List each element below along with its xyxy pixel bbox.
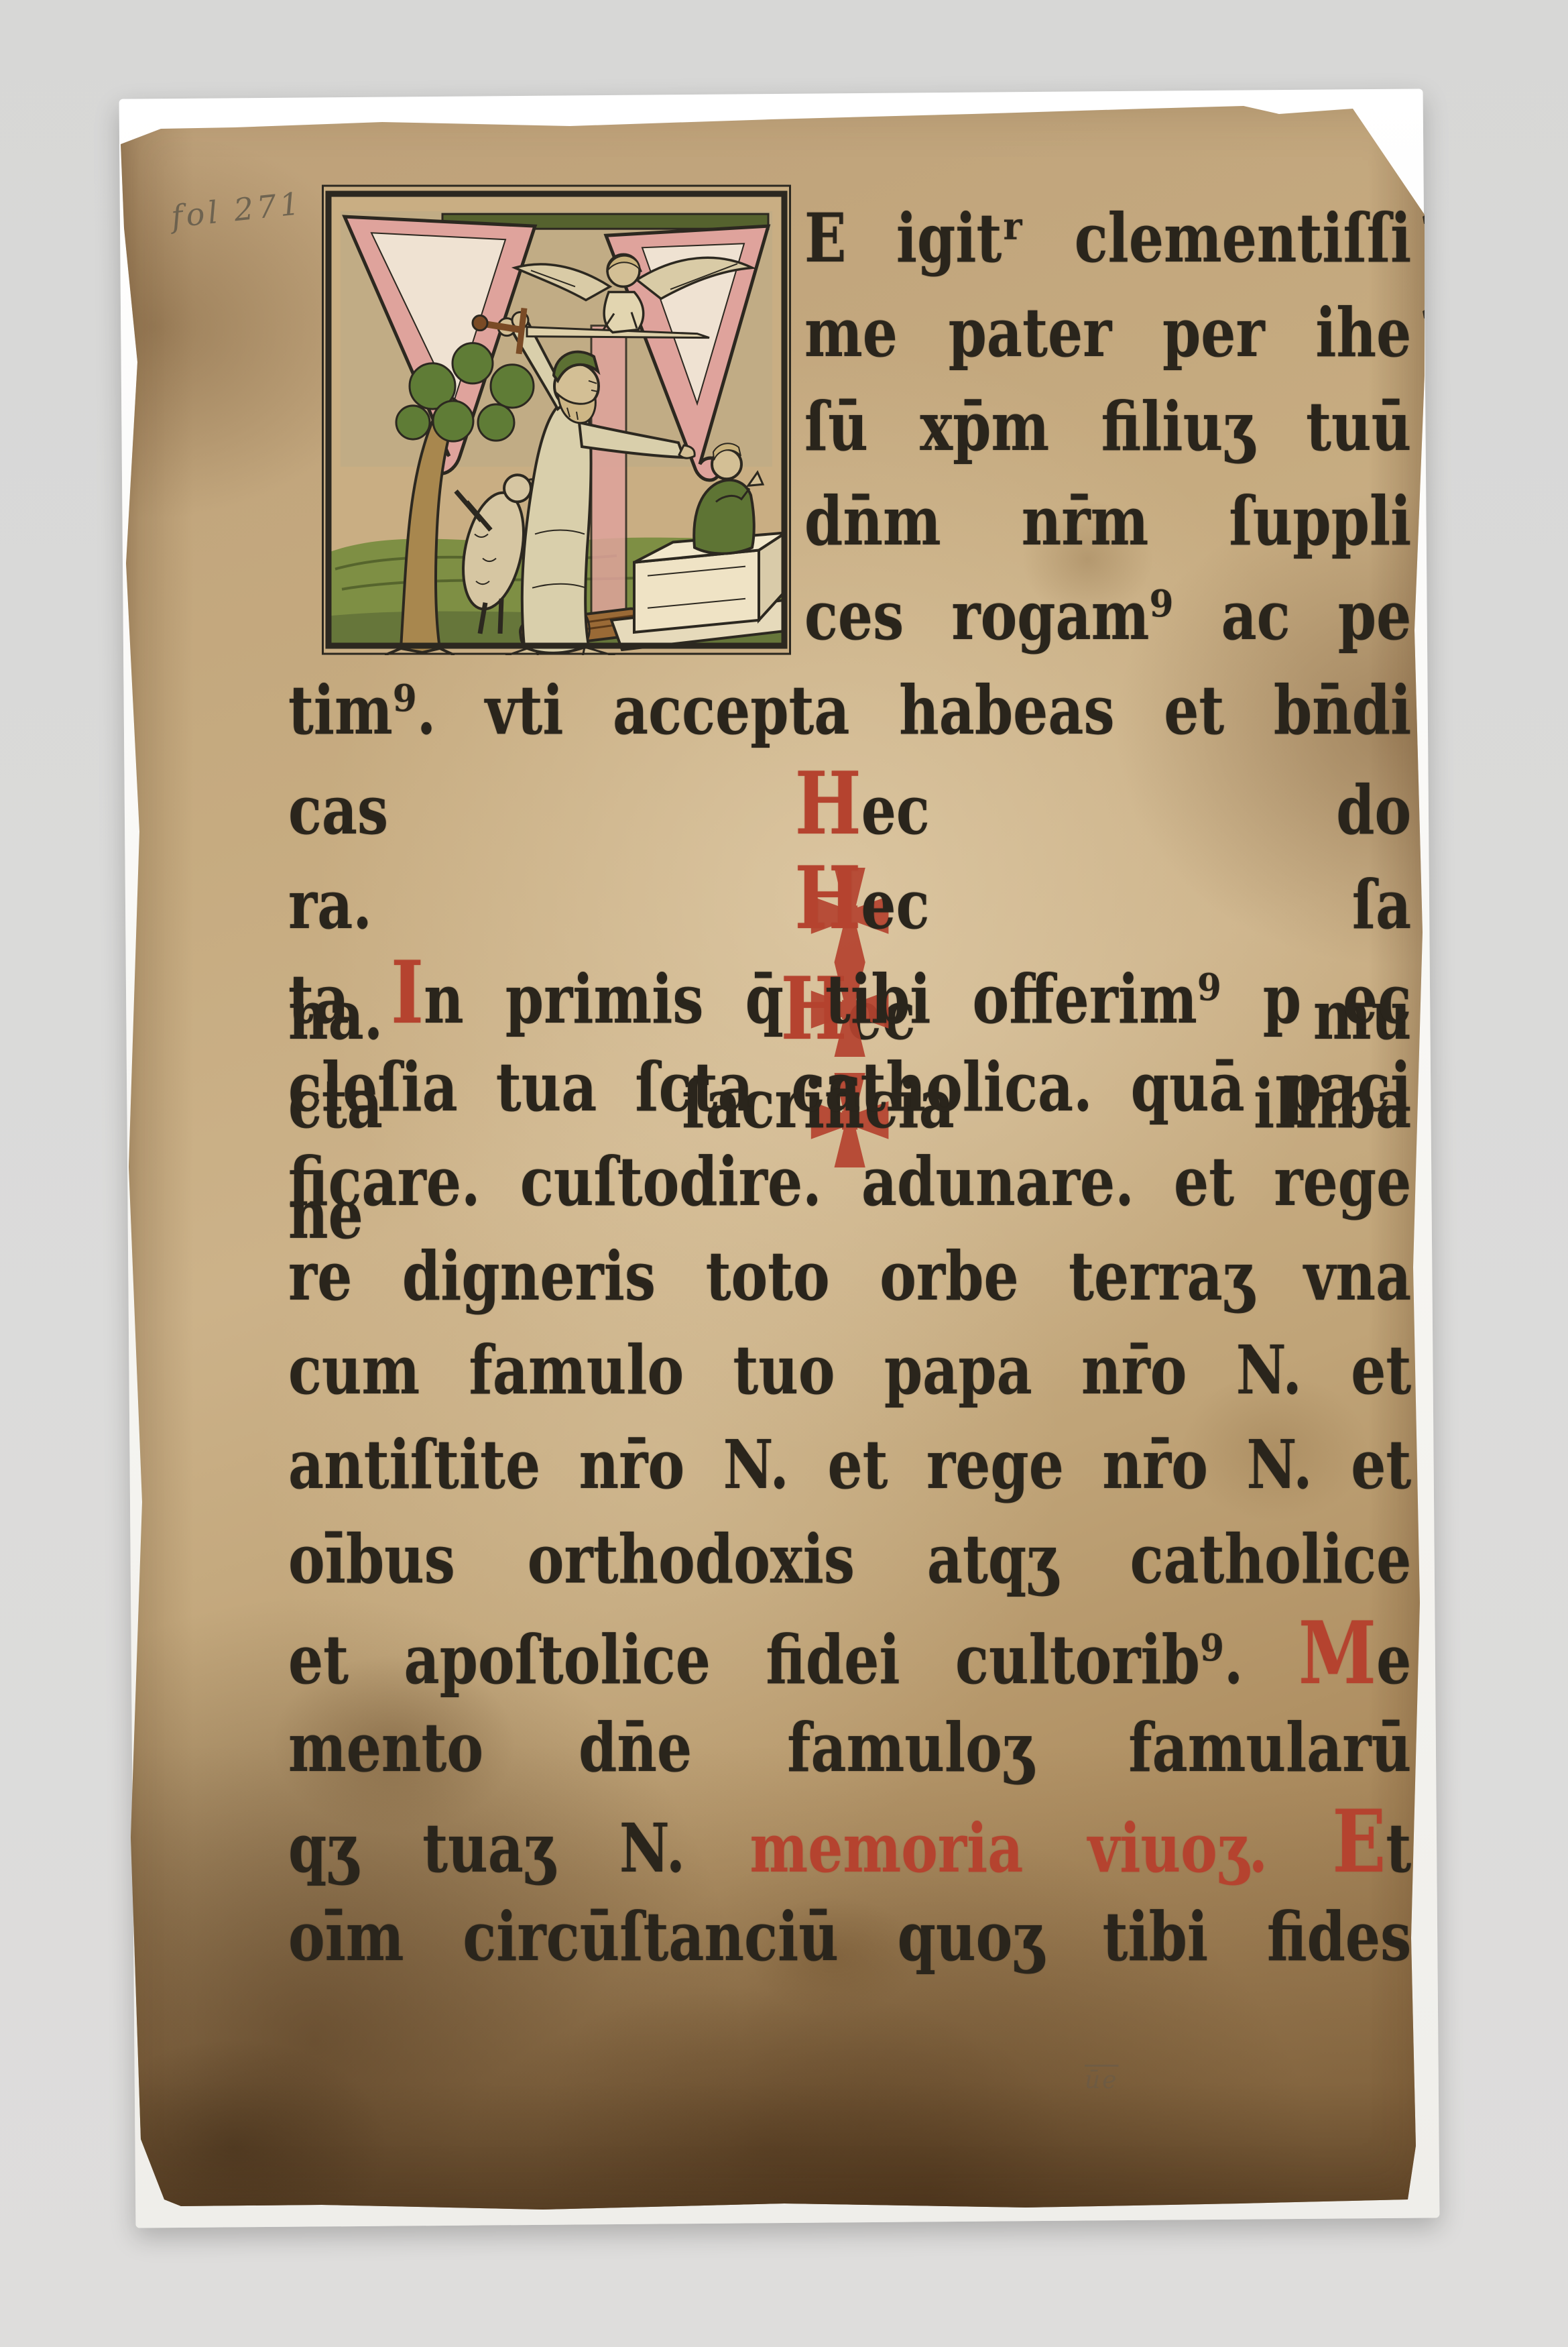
text-line: re digneris toto orbe terraʒ vna [288, 1229, 1411, 1324]
text-line: antiſtite nr̄o N. et rege nr̄o N. et [288, 1418, 1411, 1512]
line-end-double-hyphen [1423, 577, 1456, 632]
text-line: oībus orthodoxis atqʒ catholice [288, 1512, 1411, 1607]
text-line: dn̄m nr̄m ſuppli [804, 474, 1411, 569]
text-line: ra. Hec ſa cta ſacrificia illiba [288, 852, 1411, 946]
body-text: cleſia tua ſcta catholica. quā paci [288, 1047, 1411, 1127]
body-text: antiſtite nr̄o N. et rege nr̄o N. et [288, 1425, 1411, 1504]
photograph-of-missal-leaf: fol 271 [0, 0, 1568, 2347]
body-text: n primis q̄ tibi offerim⁹ p ec [424, 960, 1411, 1039]
body-text: ec ſa [861, 865, 1411, 944]
canon-text-block: E igitʳ clementiſſime pater per iheſū xp… [101, 94, 1435, 2210]
rubric-initial: I [391, 943, 424, 1043]
body-text: ficare. cuſtodire. adunare. et rege [288, 1142, 1411, 1221]
text-line: E igitʳ clementiſſi [804, 191, 1411, 286]
body-text: oībus orthodoxis atqʒ catholice [288, 1520, 1411, 1599]
text-line: qʒ tuaʒ N. memoria viuoʒ. Et [288, 1795, 1411, 1890]
body-text: E igitʳ clementiſſi [804, 198, 1411, 278]
body-text: ra. [288, 865, 794, 944]
vellum-leaf: fol 271 [101, 94, 1435, 2210]
body-text: cas [288, 770, 795, 850]
body-text: tim⁹. vti accepta habeas et bn̄di [288, 671, 1411, 750]
line-end-double-hyphen [1423, 483, 1456, 538]
rubric-text: memoria viuoʒ. [750, 1809, 1333, 1888]
body-text: re digneris toto orbe terraʒ vna [288, 1237, 1411, 1316]
line-end-double-hyphen [1423, 294, 1456, 349]
body-text: dn̄m nr̄m ſuppli [804, 481, 1411, 561]
body-text: ſū xp̄m filiuʒ tuū [804, 387, 1411, 466]
text-line: ficare. cuſtodire. adunare. et rege [288, 1135, 1411, 1229]
text-line: oīm circūſtanciū quoʒ tibi fides [288, 1890, 1411, 1984]
body-text: ces rogam⁹ ac pe [804, 576, 1411, 655]
text-line: ces rogam⁹ ac pe [804, 569, 1411, 663]
rubric-initial: E [1332, 1792, 1386, 1892]
text-line: me pater per ihe [804, 286, 1411, 380]
body-text: oīm circūſtanciū quoʒ tibi fides [288, 1897, 1411, 1976]
text-line: cum famulo tuo papa nr̄o N. et [288, 1323, 1411, 1418]
text-line: ſū xp̄m filiuʒ tuū [804, 380, 1411, 474]
body-text: t [1386, 1809, 1411, 1888]
text-line: cas Hec do na. Hec mu ne [288, 757, 1411, 852]
line-end-double-hyphen [1423, 201, 1456, 255]
rubric-initial: H [794, 848, 861, 949]
text-line: et apoſtolice fidei cultorib⁹. Me [288, 1607, 1411, 1701]
text-line: cleſia tua ſcta catholica. quā paci [288, 1040, 1411, 1135]
body-text: mento dn̄e famuloʒ famularū [288, 1708, 1411, 1787]
pencil-bottom-note: ūe [1085, 2069, 1119, 2093]
body-text: cum famulo tuo papa nr̄o N. et [288, 1330, 1411, 1410]
body-text: e [1376, 1620, 1411, 1699]
rubric-initial: M [1299, 1603, 1376, 1704]
body-text: ta [288, 960, 391, 1039]
body-text: me pater per ihe [804, 293, 1411, 372]
body-text: ec do [861, 770, 1411, 850]
body-text: qʒ tuaʒ N. [288, 1809, 750, 1888]
rubric-initial: H [795, 754, 861, 854]
text-line: tim⁹. vti accepta habeas et bn̄di [288, 663, 1411, 758]
text-line: ta In primis q̄ tibi offerim⁹ p ec [288, 946, 1411, 1041]
body-text: et apoſtolice fidei cultorib⁹. [288, 1620, 1299, 1699]
text-line: mento dn̄e famuloʒ famularū [288, 1701, 1411, 1795]
